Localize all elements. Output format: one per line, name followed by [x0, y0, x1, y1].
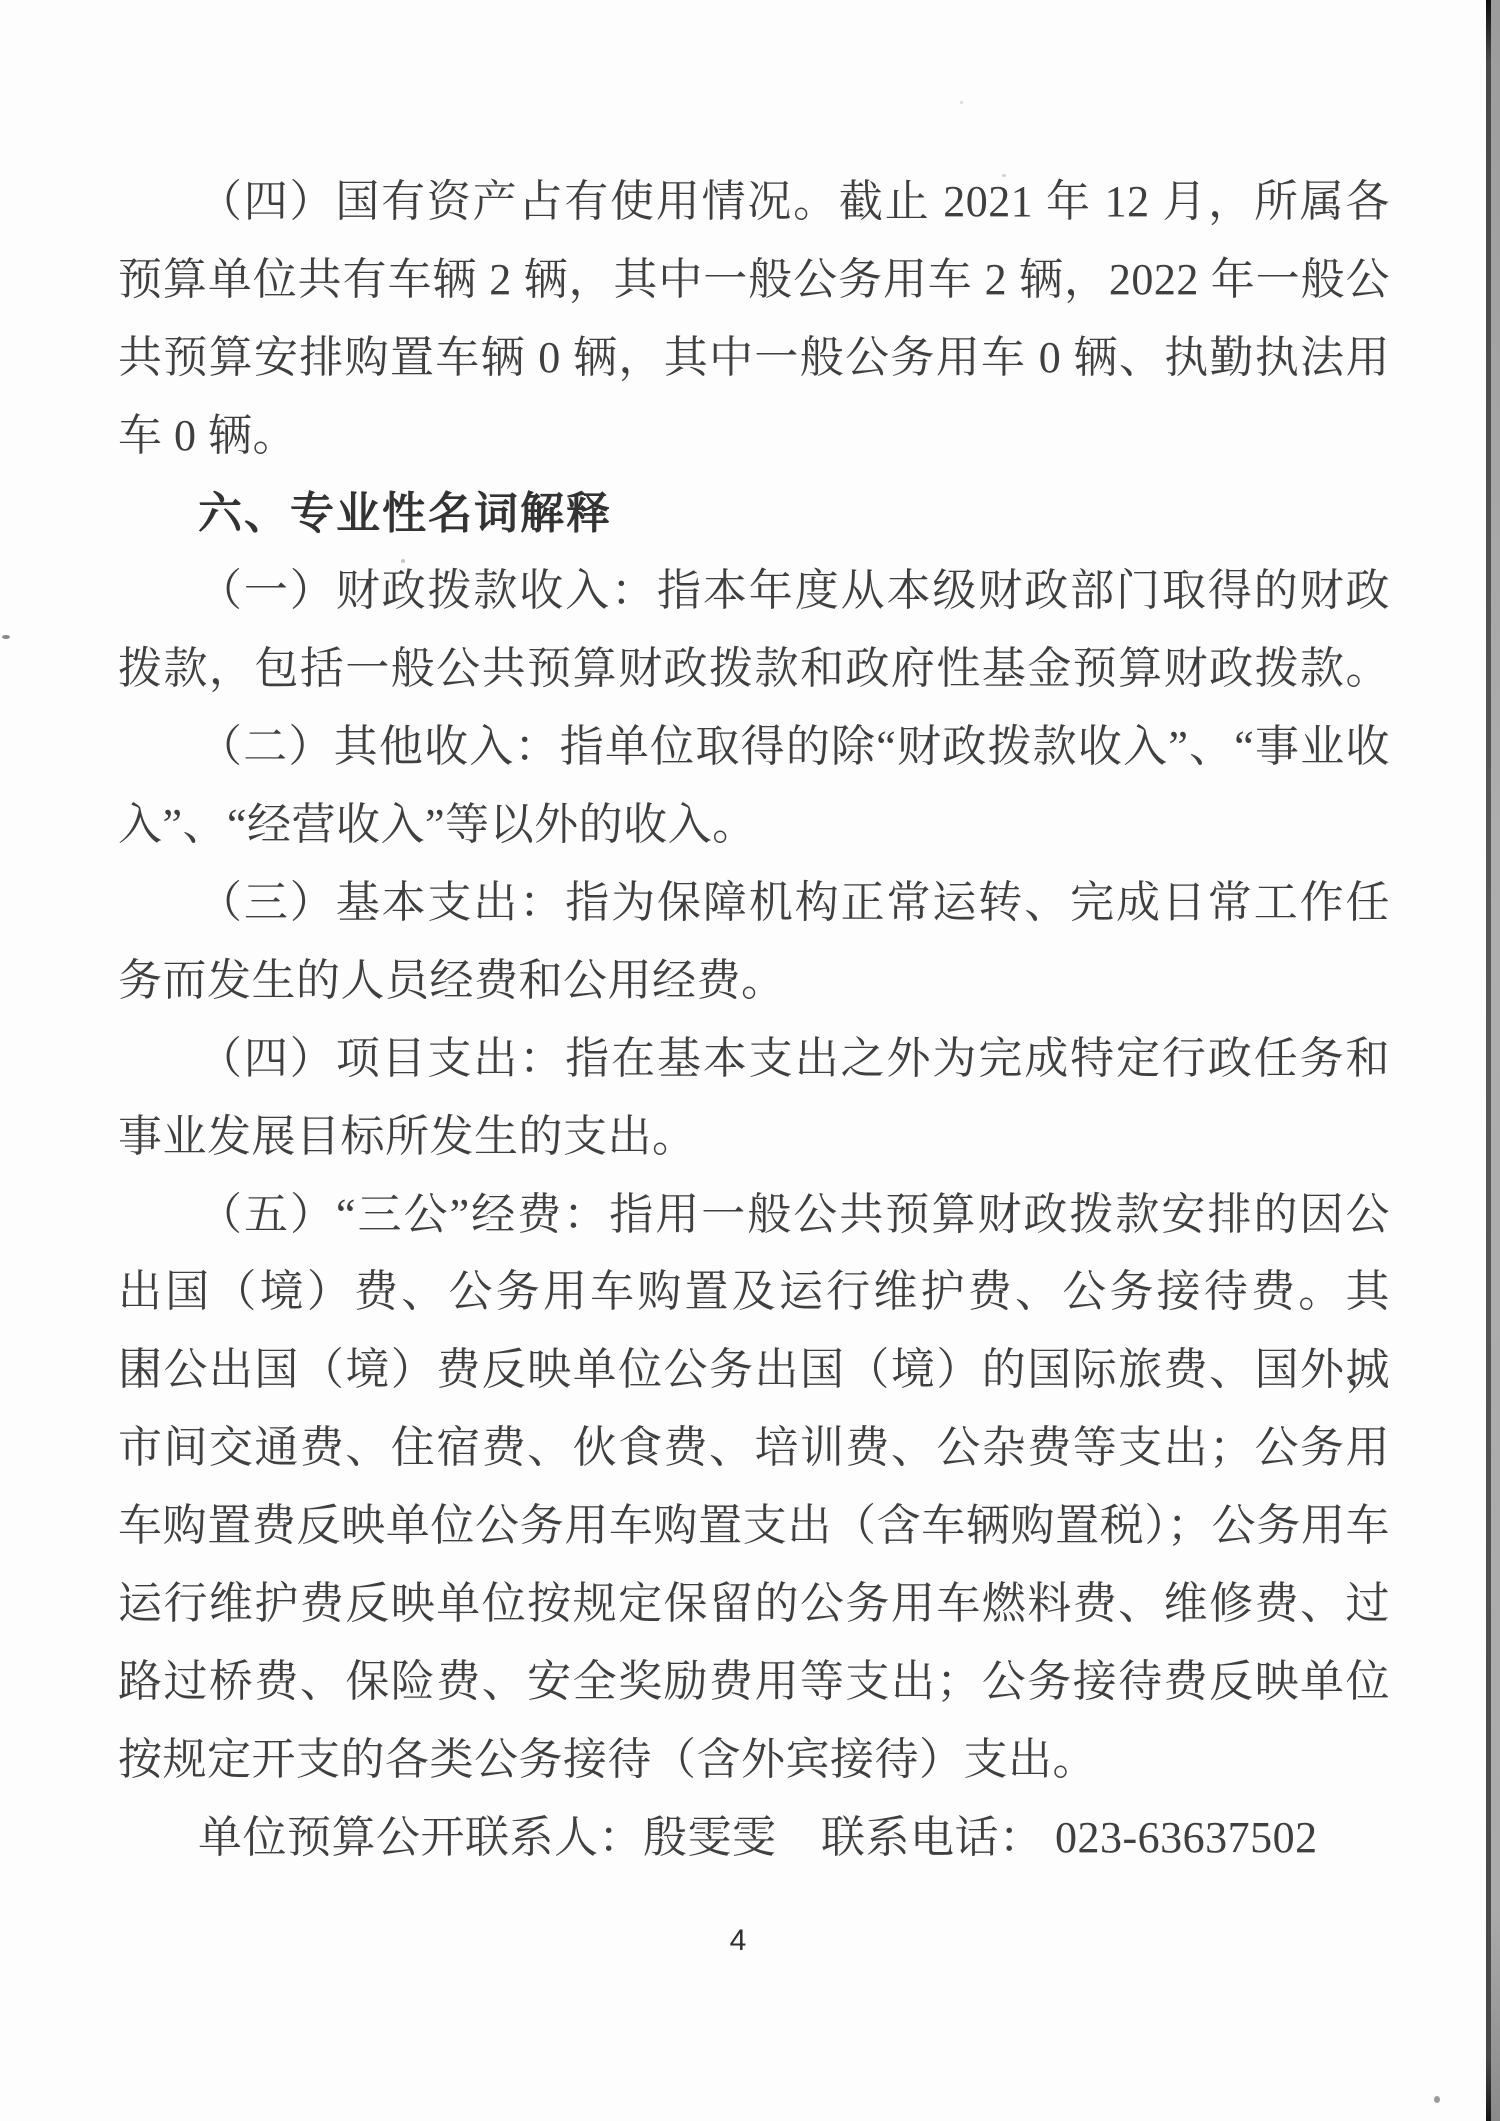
text-line: 预算单位共有车辆 2 辆，其中一般公务用车 2 辆，2022 年一般公 — [118, 241, 1390, 319]
scan-speck — [401, 559, 405, 563]
text-line: 拨款，包括一般公共预算财政拨款和政府性基金预算财政拨款。 — [118, 630, 1390, 708]
text-line: 路过桥费、保险费、安全奖励费用等支出；公务接待费反映单位 — [118, 1643, 1390, 1721]
text-line: 事业发展目标所发生的支出。 — [118, 1098, 1390, 1176]
text-line: （一）财政拨款收入：指本年度从本级财政部门取得的财政 — [118, 552, 1390, 630]
text-line: 务而发生的人员经费和公用经费。 — [118, 942, 1390, 1020]
text-line: 出国（境）费、公务用车购置及运行维护费、公务接待费。其中， — [118, 1253, 1390, 1331]
text-line: （四）项目支出：指在基本支出之外为完成特定行政任务和 — [118, 1020, 1390, 1098]
text-line: （四）国有资产占有使用情况。截止 2021 年 12 月，所属各 — [118, 163, 1390, 241]
text-line: 按规定开支的各类公务接待（含外宾接待）支出。 — [118, 1721, 1390, 1799]
text-line: （二）其他收入：指单位取得的除“财政拨款收入”、“事业收 — [118, 708, 1390, 786]
scan-edge-gray-band — [1491, 0, 1500, 2121]
text-line: 市间交通费、住宿费、伙食费、培训费、公杂费等支出；公务用 — [118, 1409, 1390, 1487]
scan-speck — [2, 635, 10, 639]
scanned-document-page: （四）国有资产占有使用情况。截止 2021 年 12 月，所属各预算单位共有车辆… — [0, 0, 1500, 2121]
text-line: （五）“三公”经费：指用一般公共预算财政拨款安排的因公 — [118, 1176, 1390, 1254]
section-heading: 六、专业性名词解释 — [118, 475, 1390, 553]
text-line: 车 0 辆。 — [118, 397, 1390, 475]
scan-speck — [1434, 2096, 1440, 2103]
text-line: 单位预算公开联系人：殷雯雯 联系电话： 023-63637502 — [118, 1799, 1390, 1877]
text-line: 运行维护费反映单位按规定保留的公务用车燃料费、维修费、过 — [118, 1565, 1390, 1643]
scan-speck — [960, 101, 963, 104]
text-line: 共预算安排购置车辆 0 辆，其中一般公务用车 0 辆、执勤执法用 — [118, 319, 1390, 397]
page-number: 4 — [718, 1924, 758, 1958]
text-line: 车购置费反映单位公务用车购置支出（含车辆购置税）；公务用车 — [118, 1487, 1390, 1565]
scan-speck — [1002, 174, 1006, 177]
document-body: （四）国有资产占有使用情况。截止 2021 年 12 月，所属各预算单位共有车辆… — [118, 163, 1390, 1877]
text-line: 入”、“经营收入”等以外的收入。 — [118, 786, 1390, 864]
text-line: （三）基本支出：指为保障机构正常运转、完成日常工作任 — [118, 864, 1390, 942]
text-line: 因公出国（境）费反映单位公务出国（境）的国际旅费、国外城 — [118, 1331, 1390, 1409]
